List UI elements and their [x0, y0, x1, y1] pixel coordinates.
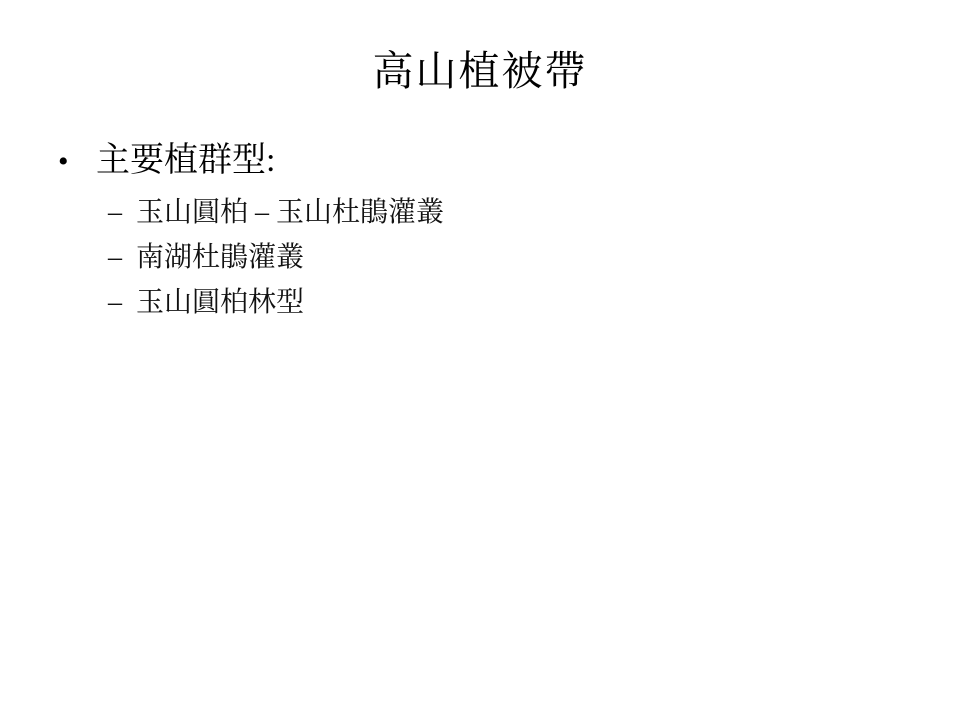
sub-bullet-text: 玉山圓柏 – 玉山杜鵑灌叢: [136, 191, 444, 236]
sub-bullet-text: 玉山圓柏林型: [136, 281, 304, 326]
slide-title: 高山植被帶: [0, 48, 960, 95]
presentation-slide: 高山植被帶 • 主要植群型: – 玉山圓柏 – 玉山杜鵑灌叢 – 南湖杜鵑灌叢 …: [0, 0, 960, 720]
sub-bullet-text: 南湖杜鵑灌叢: [136, 236, 304, 281]
sub-bullet-list: – 玉山圓柏 – 玉山杜鵑灌叢 – 南湖杜鵑灌叢 – 玉山圓柏林型: [0, 191, 900, 325]
dash-bullet-icon: –: [108, 236, 136, 281]
bullet-text: 主要植群型:: [96, 138, 275, 185]
dash-bullet-icon: –: [108, 281, 136, 326]
sub-bullet-item: – 南湖杜鵑灌叢: [0, 236, 900, 281]
dash-bullet-icon: –: [108, 191, 136, 236]
slide-body: • 主要植群型: – 玉山圓柏 – 玉山杜鵑灌叢 – 南湖杜鵑灌叢 – 玉山圓柏…: [0, 138, 900, 325]
bullet-marker-icon: •: [58, 141, 96, 182]
sub-bullet-item: – 玉山圓柏林型: [0, 281, 900, 326]
bullet-item: • 主要植群型:: [0, 138, 900, 185]
sub-bullet-item: – 玉山圓柏 – 玉山杜鵑灌叢: [0, 191, 900, 236]
